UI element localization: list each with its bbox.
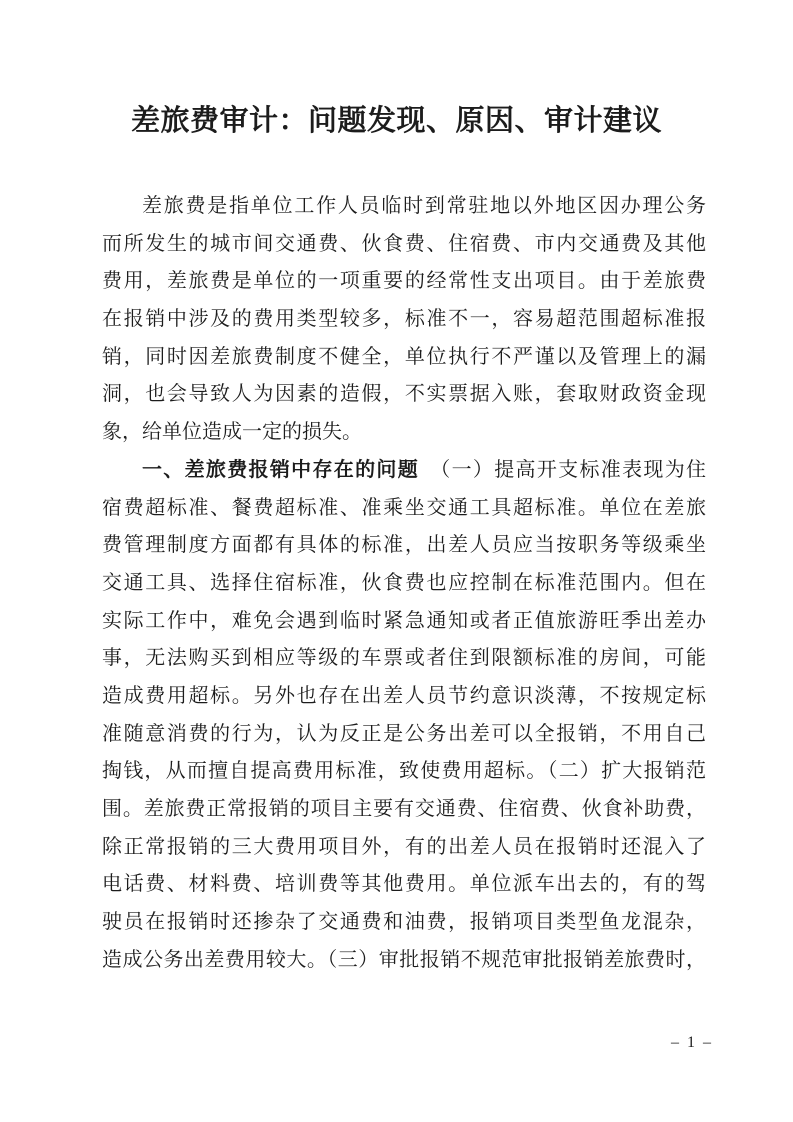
text-line: 事，无法购买到相应等级的车票或者住到限额标准的房间，可能 — [102, 640, 706, 678]
text-segment: 围。差旅费正常报销的项目主要有交通费、住宿费、伙食补助费， — [102, 798, 706, 820]
text-line: 销，同时因差旅费制度不健全，单位执行不严谨以及管理上的漏 — [102, 339, 706, 377]
text-segment: 驶员在报销时还掺杂了交通费和油费，报销项目类型鱼龙混杂， — [102, 911, 706, 933]
text-line: 费管理制度方面都有具体的标准，出差人员应当按职务等级乘坐 — [102, 527, 706, 565]
text-line: 实际工作中，难免会遇到临时紧急通知或者正值旅游旺季出差办 — [102, 603, 706, 641]
text-segment: 宿费超标准、餐费超标准、准乘坐交通工具超标准。单位在差旅 — [102, 497, 706, 519]
text-segment: 费用，差旅费是单位的一项重要的经常性支出项目。由于差旅费 — [102, 270, 706, 292]
text-segment: 象，给单位造成一定的损失。 — [102, 421, 362, 443]
text-line: 准随意消费的行为，认为反正是公务出差可以全报销，不用自己 — [102, 716, 706, 754]
text-segment: 掏钱，从而擅自提高费用标准，致使费用超标。（二）扩大报销范 — [102, 760, 706, 782]
text-segment: 差旅费是指单位工作人员临时到常驻地以外地区因办理公务 — [142, 195, 706, 217]
text-segment: 而所发生的城市间交通费、伙食费、住宿费、市内交通费及其他 — [102, 233, 706, 255]
text-segment: 事，无法购买到相应等级的车票或者住到限额标准的房间，可能 — [102, 647, 706, 669]
text-segment: （一）提高开支标准表现为住 — [419, 459, 706, 481]
text-segment: 实际工作中，难免会遇到临时紧急通知或者正值旅游旺季出差办 — [102, 610, 706, 632]
text-line: 电话费、材料费、培训费等其他费用。单位派车出去的，有的驾 — [102, 866, 706, 904]
document-page: 差旅费审计：问题发现、原因、审计建议 差旅费是指单位工作人员临时到常驻地以外地区… — [0, 0, 793, 1122]
text-segment: 费管理制度方面都有具体的标准，出差人员应当按职务等级乘坐 — [102, 534, 706, 556]
text-line: 在报销中涉及的费用类型较多，标准不一，容易超范围超标准报 — [102, 301, 706, 339]
text-line: 围。差旅费正常报销的项目主要有交通费、住宿费、伙食补助费， — [102, 791, 706, 829]
text-segment: 洞，也会导致人为因素的造假，不实票据入账，套取财政资金现 — [102, 383, 706, 405]
text-segment: 造成费用超标。另外也存在出差人员节约意识淡薄，不按规定标 — [102, 685, 706, 707]
text-line: 洞，也会导致人为因素的造假，不实票据入账，套取财政资金现 — [102, 376, 706, 414]
text-segment: 在报销中涉及的费用类型较多，标准不一，容易超范围超标准报 — [102, 308, 706, 330]
text-line: 掏钱，从而擅自提高费用标准，致使费用超标。（二）扩大报销范 — [102, 753, 706, 791]
text-segment: 销，同时因差旅费制度不健全，单位执行不严谨以及管理上的漏 — [102, 346, 706, 368]
text-line: 驶员在报销时还掺杂了交通费和油费，报销项目类型鱼龙混杂， — [102, 904, 706, 942]
text-line: 造成公务出差费用较大。（三）审批报销不规范审批报销差旅费时， — [102, 942, 706, 980]
text-segment: 准随意消费的行为，认为反正是公务出差可以全报销，不用自己 — [102, 723, 706, 745]
text-line: 一、差旅费报销中存在的问题 （一）提高开支标准表现为住 — [102, 452, 706, 490]
page-title: 差旅费审计：问题发现、原因、审计建议 — [60, 100, 733, 142]
text-segment: 除正常报销的三大费用项目外，有的出差人员在报销时还混入了 — [102, 836, 706, 858]
text-line: 除正常报销的三大费用项目外，有的出差人员在报销时还混入了 — [102, 829, 706, 867]
text-segment: 电话费、材料费、培训费等其他费用。单位派车出去的，有的驾 — [102, 873, 706, 895]
text-line: 而所发生的城市间交通费、伙食费、住宿费、市内交通费及其他 — [102, 226, 706, 264]
section-heading: 一、差旅费报销中存在的问题 — [142, 459, 419, 481]
page-number: – 1 – — [671, 1034, 713, 1052]
text-segment: 造成公务出差费用较大。（三）审批报销不规范审批报销差旅费时， — [102, 949, 706, 971]
text-line: 造成费用超标。另外也存在出差人员节约意识淡薄，不按规定标 — [102, 678, 706, 716]
text-line: 交通工具、选择住宿标准，伙食费也应控制在标准范围内。但在 — [102, 565, 706, 603]
text-line: 差旅费是指单位工作人员临时到常驻地以外地区因办理公务 — [102, 188, 706, 226]
text-line: 宿费超标准、餐费超标准、准乘坐交通工具超标准。单位在差旅 — [102, 490, 706, 528]
document-body: 差旅费是指单位工作人员临时到常驻地以外地区因办理公务而所发生的城市间交通费、伙食… — [102, 188, 706, 979]
text-segment: 交通工具、选择住宿标准，伙食费也应控制在标准范围内。但在 — [102, 572, 706, 594]
text-line: 象，给单位造成一定的损失。 — [102, 414, 706, 452]
text-line: 费用，差旅费是单位的一项重要的经常性支出项目。由于差旅费 — [102, 263, 706, 301]
